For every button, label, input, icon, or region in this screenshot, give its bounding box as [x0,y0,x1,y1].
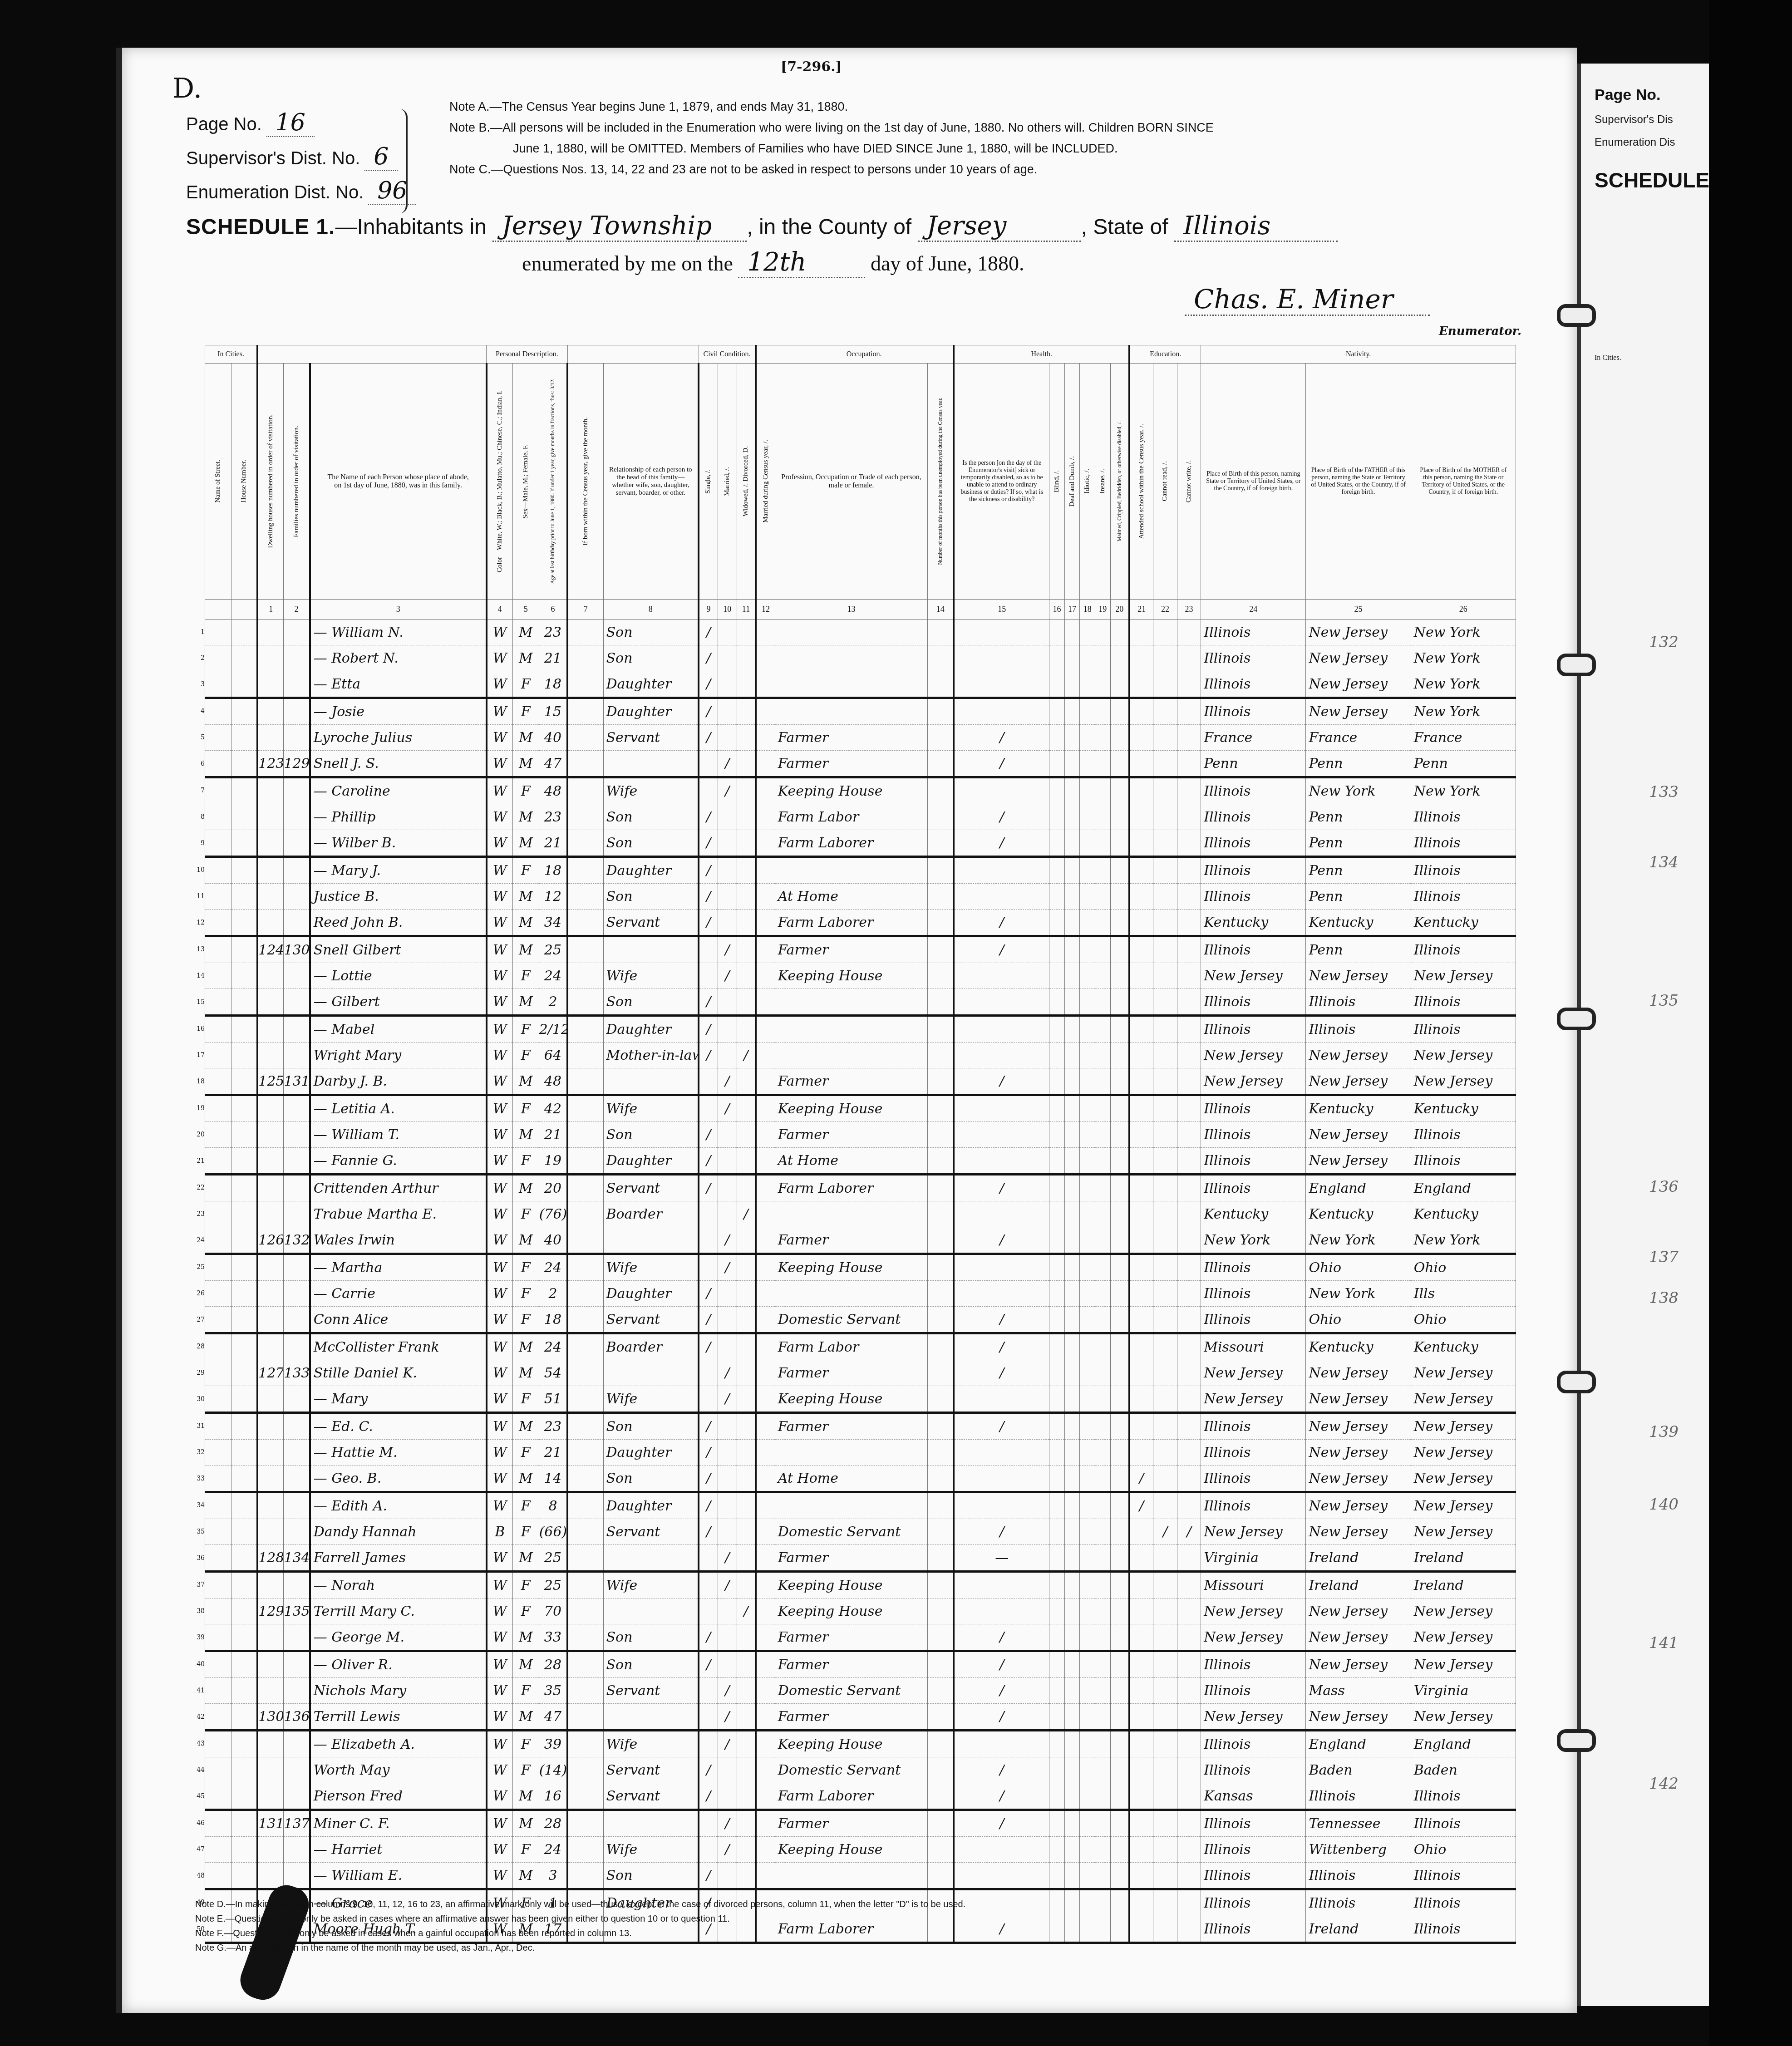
dwelling-number-cell [257,1254,284,1281]
widowed-mark-cell [737,1440,756,1466]
person-name-cell: Pierson Fred [310,1783,487,1810]
family-number-cell [284,777,310,804]
sex-cell: F [512,1598,539,1624]
idiotic-cell [1080,1783,1095,1810]
sex-cell: M [512,884,539,910]
group-nativity: Nativity. [1201,345,1516,364]
attended-school-cell [1129,936,1153,963]
supervisor-district-label: Supervisor's Dist. No. [186,148,360,168]
cannot-read-cell [1153,1572,1177,1598]
relationship-cell: Son [603,830,699,857]
cannot-read-cell [1153,1757,1177,1783]
born-month-cell [567,1227,603,1254]
dwelling-number-cell [257,1757,284,1783]
family-number-cell [284,1175,310,1201]
facing-enumeration-label: Enumeration Dis [1595,136,1675,149]
birthplace-cell: Illinois [1201,884,1306,910]
married-mark-cell: / [718,1572,737,1598]
married-census-year-cell [756,1148,775,1175]
facing-dwelling-number: 139 [1649,1423,1679,1441]
col-header-relationship: Relationship of each person to the head … [603,364,699,600]
maimed-cell [1110,751,1129,777]
color-cell: W [487,1624,513,1651]
dwelling-number-cell [257,1307,284,1333]
family-number-cell [284,1201,310,1227]
unemployed-months-cell [928,830,954,857]
married-mark-cell [718,804,737,830]
married-mark-cell: / [718,777,737,804]
attended-school-cell [1129,698,1153,725]
color-cell: W [487,1731,513,1757]
sex-cell: F [512,1572,539,1598]
mother-birthplace-cell: Ohio [1411,1837,1516,1863]
street-cell [205,989,231,1016]
birthplace-cell: Illinois [1201,698,1306,725]
color-cell: W [487,1254,513,1281]
married-census-year-cell [756,963,775,989]
house-number-cell [231,1572,257,1598]
born-month-cell [567,1333,603,1360]
col-header-idiotic: Idiotic, /. [1080,364,1095,600]
dwelling-number-cell [257,963,284,989]
widowed-mark-cell: / [737,1201,756,1227]
relationship-cell: Son [603,1466,699,1492]
col-header-age: Age at last birthday prior to June 1, 18… [539,364,567,600]
family-number-cell [284,1307,310,1333]
street-cell [205,1333,231,1360]
occupation-cell: Farmer [775,1810,927,1837]
unemployed-months-cell [928,910,954,936]
idiotic-cell [1080,1095,1095,1122]
cannot-write-cell [1177,725,1201,751]
single-mark-cell: / [699,1757,718,1783]
age-cell: 40 [539,1227,567,1254]
table-row: 3— EttaWF18Daughter/IllinoisNew JerseyNe… [191,671,1516,698]
unemployed-months-cell [928,1307,954,1333]
deaf-dumb-cell [1064,671,1080,698]
brace-divider [399,109,408,213]
attended-school-cell [1129,1863,1153,1889]
blind-cell [1049,1440,1065,1466]
father-birthplace-cell: Ireland [1306,1545,1411,1572]
idiotic-cell [1080,1360,1095,1386]
attended-school-cell [1129,620,1153,645]
row-line-number: 4 [191,698,205,725]
birthplace-cell: Illinois [1201,1492,1306,1519]
sickness-cell: / [954,1360,1049,1386]
occupation-cell: Domestic Servant [775,1519,927,1545]
widowed-mark-cell [737,963,756,989]
dwelling-number-cell: 128 [257,1545,284,1572]
cannot-read-cell [1153,1440,1177,1466]
age-cell: 24 [539,1837,567,1863]
street-cell [205,1704,231,1731]
sex-cell: M [512,1783,539,1810]
widowed-mark-cell [737,1837,756,1863]
attended-school-cell [1129,1572,1153,1598]
unemployed-months-cell [928,1254,954,1281]
widowed-mark-cell [737,1519,756,1545]
supervisor-district-field: Supervisor's Dist. No.6 [186,143,398,170]
mother-birthplace-cell: New Jersey [1411,963,1516,989]
deaf-dumb-cell [1064,1704,1080,1731]
insane-cell [1095,1016,1110,1043]
father-birthplace-cell: New Jersey [1306,698,1411,725]
dwelling-number-cell [257,1043,284,1068]
father-birthplace-cell: New Jersey [1306,1360,1411,1386]
born-month-cell [567,1624,603,1651]
insane-cell [1095,1307,1110,1333]
family-number-cell: 131 [284,1068,310,1095]
father-birthplace-cell: Illinois [1306,1016,1411,1043]
age-cell: 70 [539,1598,567,1624]
idiotic-cell [1080,884,1095,910]
idiotic-cell [1080,989,1095,1016]
deaf-dumb-cell [1064,1175,1080,1201]
house-number-cell [231,1175,257,1201]
county-field: Jersey [918,211,1081,242]
street-cell [205,830,231,857]
house-number-cell [231,777,257,804]
married-mark-cell [718,830,737,857]
occupation-cell: Keeping House [775,1731,927,1757]
idiotic-cell [1080,1863,1095,1889]
maimed-cell [1110,1916,1129,1943]
mother-birthplace-cell: England [1411,1731,1516,1757]
sickness-cell: / [954,910,1049,936]
mother-birthplace-cell: Ills [1411,1281,1516,1307]
married-census-year-cell [756,1624,775,1651]
cannot-read-cell [1153,1651,1177,1678]
dwelling-number-cell [257,1095,284,1122]
married-mark-cell [718,884,737,910]
facing-dwelling-number: 132 [1649,633,1679,651]
blind-cell [1049,989,1065,1016]
street-cell [205,1572,231,1598]
dwelling-number-cell [257,1783,284,1810]
person-name-cell: Snell J. S. [310,751,487,777]
col-header-house-number: House Number. [231,364,257,600]
blind-cell [1049,1413,1065,1440]
widowed-mark-cell: / [737,1043,756,1068]
cannot-read-cell [1153,1889,1177,1916]
birthplace-cell: Illinois [1201,857,1306,884]
dwelling-number-cell [257,1492,284,1519]
color-cell: W [487,1810,513,1837]
blind-cell [1049,751,1065,777]
age-cell: 25 [539,1545,567,1572]
row-line-number: 26 [191,1281,205,1307]
deaf-dumb-cell [1064,1227,1080,1254]
family-number-cell [284,1783,310,1810]
married-census-year-cell [756,910,775,936]
sex-cell: M [512,1545,539,1572]
attended-school-cell [1129,1122,1153,1148]
deaf-dumb-cell [1064,1492,1080,1519]
cannot-write-cell [1177,777,1201,804]
person-name-cell: Wales Irwin [310,1227,487,1254]
row-line-number: 31 [191,1413,205,1440]
occupation-cell: Farm Laborer [775,1783,927,1810]
table-row: 38129135Terrill Mary C.WF70/Keeping Hous… [191,1598,1516,1624]
page-number-field: Page No.16 [186,109,315,136]
cannot-read-cell [1153,1122,1177,1148]
mother-birthplace-cell: England [1411,1175,1516,1201]
facing-page-no-label: Page No. [1595,86,1660,104]
married-census-year-cell [756,936,775,963]
cannot-write-cell [1177,804,1201,830]
color-cell: W [487,1068,513,1095]
blind-cell [1049,1068,1065,1095]
mother-birthplace-cell: Virginia [1411,1678,1516,1704]
married-census-year-cell [756,1413,775,1440]
age-cell: 2/12 [539,1016,567,1043]
age-cell: 23 [539,1413,567,1440]
insane-cell [1095,1360,1110,1386]
col-header-color: Color—White, W.; Black, B.; Mulatto, Mu.… [487,364,513,600]
cannot-read-cell [1153,963,1177,989]
mother-birthplace-cell: Ohio [1411,1307,1516,1333]
cannot-write-cell [1177,1175,1201,1201]
sex-cell: F [512,1386,539,1413]
birthplace-cell: Illinois [1201,989,1306,1016]
age-cell: 24 [539,963,567,989]
sex-cell: F [512,1731,539,1757]
blind-cell [1049,1466,1065,1492]
sickness-cell [954,963,1049,989]
cannot-write-cell [1177,1333,1201,1360]
person-name-cell: — Harriet [310,1837,487,1863]
sickness-cell [954,777,1049,804]
occupation-cell: Farmer [775,725,927,751]
blind-cell [1049,963,1065,989]
maimed-cell [1110,910,1129,936]
occupation-cell [775,698,927,725]
single-mark-cell: / [699,1043,718,1068]
sickness-cell: / [954,1704,1049,1731]
street-cell [205,857,231,884]
age-cell: 14 [539,1466,567,1492]
sex-cell: M [512,804,539,830]
deaf-dumb-cell [1064,857,1080,884]
single-mark-cell [699,1254,718,1281]
house-number-cell [231,910,257,936]
attended-school-cell [1129,645,1153,671]
row-line-number: 8 [191,804,205,830]
col-header-maimed: Maimed, Crippled, Bedridden, or otherwis… [1110,364,1129,600]
family-number-cell [284,1016,310,1043]
person-name-cell: — Mary [310,1386,487,1413]
person-name-cell: — William E. [310,1863,487,1889]
idiotic-cell [1080,910,1095,936]
insane-cell [1095,1440,1110,1466]
deaf-dumb-cell [1064,1333,1080,1360]
sex-cell: M [512,645,539,671]
family-number-cell: 135 [284,1598,310,1624]
widowed-mark-cell [737,1624,756,1651]
dwelling-number-cell: 125 [257,1068,284,1095]
occupation-cell: Farm Labor [775,804,927,830]
occupation-cell: Farm Laborer [775,1175,927,1201]
born-month-cell [567,1068,603,1095]
house-number-cell [231,1413,257,1440]
color-cell: W [487,1466,513,1492]
married-census-year-cell [756,1492,775,1519]
deaf-dumb-cell [1064,1466,1080,1492]
married-mark-cell [718,1148,737,1175]
row-line-number: 45 [191,1783,205,1810]
blind-cell [1049,936,1065,963]
father-birthplace-cell: Illinois [1306,989,1411,1016]
relationship-cell: Son [603,620,699,645]
idiotic-cell [1080,963,1095,989]
table-row: 30— MaryWF51Wife/Keeping HouseNew Jersey… [191,1386,1516,1413]
relationship-cell: Servant [603,1519,699,1545]
sex-cell: M [512,1227,539,1254]
relationship-cell [603,1545,699,1572]
family-number-cell [284,698,310,725]
widowed-mark-cell [737,1068,756,1095]
row-line-number: 14 [191,963,205,989]
family-number-cell [284,1519,310,1545]
insane-cell [1095,1863,1110,1889]
blind-cell [1049,1122,1065,1148]
single-mark-cell: / [699,1307,718,1333]
house-number-cell [231,1043,257,1068]
age-cell: 34 [539,910,567,936]
age-cell: 25 [539,936,567,963]
idiotic-cell [1080,671,1095,698]
married-mark-cell: / [718,1704,737,1731]
mother-birthplace-cell: Illinois [1411,989,1516,1016]
sex-cell: F [512,1440,539,1466]
house-number-cell [231,1678,257,1704]
deaf-dumb-cell [1064,936,1080,963]
married-census-year-cell [756,1678,775,1704]
widowed-mark-cell [737,1360,756,1386]
single-mark-cell [699,1837,718,1863]
insane-cell [1095,1572,1110,1598]
house-number-cell [231,751,257,777]
father-birthplace-cell: New Jersey [1306,1651,1411,1678]
street-cell [205,1175,231,1201]
insane-cell [1095,1201,1110,1227]
state-label: , State of [1081,215,1168,239]
color-cell: W [487,1095,513,1122]
cannot-write-cell [1177,1360,1201,1386]
widowed-mark-cell [737,645,756,671]
birthplace-cell: New York [1201,1227,1306,1254]
single-mark-cell: / [699,645,718,671]
idiotic-cell [1080,698,1095,725]
row-line-number: 28 [191,1333,205,1360]
age-cell: 2 [539,989,567,1016]
row-line-number: 42 [191,1704,205,1731]
family-number-cell [284,725,310,751]
table-row: 13124130Snell GilbertWM25/Farmer/Illinoi… [191,936,1516,963]
married-census-year-cell [756,857,775,884]
born-month-cell [567,1413,603,1440]
blind-cell [1049,1704,1065,1731]
born-month-cell [567,1572,603,1598]
blind-cell [1049,620,1065,645]
married-mark-cell [718,1757,737,1783]
group-occupation: Occupation. [775,345,954,364]
maimed-cell [1110,1307,1129,1333]
idiotic-cell [1080,1519,1095,1545]
sex-cell: F [512,1307,539,1333]
house-number-cell [231,1466,257,1492]
row-line-number: 7 [191,777,205,804]
attended-school-cell [1129,1889,1153,1916]
person-name-cell: Reed John B. [310,910,487,936]
birthplace-cell: New Jersey [1201,1598,1306,1624]
unemployed-months-cell [928,1095,954,1122]
born-month-cell [567,1175,603,1201]
single-mark-cell: / [699,1175,718,1201]
single-mark-cell [699,1598,718,1624]
birthplace-cell: Illinois [1201,1016,1306,1043]
unemployed-months-cell [928,857,954,884]
single-mark-cell: / [699,910,718,936]
mother-birthplace-cell: Baden [1411,1757,1516,1783]
maimed-cell [1110,1678,1129,1704]
sickness-cell: / [954,751,1049,777]
cannot-read-cell [1153,1731,1177,1757]
sex-cell: F [512,1519,539,1545]
house-number-cell [231,1360,257,1386]
color-cell: W [487,1016,513,1043]
blind-cell [1049,804,1065,830]
idiotic-cell [1080,751,1095,777]
born-month-cell [567,1863,603,1889]
maimed-cell [1110,1651,1129,1678]
table-row: 37— NorahWF25Wife/Keeping HouseMissouriI… [191,1572,1516,1598]
occupation-cell: Domestic Servant [775,1757,927,1783]
born-month-cell [567,671,603,698]
sickness-cell [954,1466,1049,1492]
cannot-write-cell [1177,1916,1201,1943]
born-month-cell [567,698,603,725]
table-row: 2— Robert N.WM21Son/IllinoisNew JerseyNe… [191,645,1516,671]
color-cell: W [487,1333,513,1360]
single-mark-cell [699,1731,718,1757]
age-cell: 2 [539,1281,567,1307]
single-mark-cell: / [699,989,718,1016]
street-cell [205,645,231,671]
dwelling-number-cell: 127 [257,1360,284,1386]
unemployed-months-cell [928,1016,954,1043]
occupation-cell: Farmer [775,1704,927,1731]
person-name-cell: Trabue Martha E. [310,1201,487,1227]
mother-birthplace-cell: Illinois [1411,1016,1516,1043]
idiotic-cell [1080,1466,1095,1492]
house-number-cell [231,1254,257,1281]
widowed-mark-cell [737,804,756,830]
table-row: 48— William E.WM3Son/IllinoisIllinoisIll… [191,1863,1516,1889]
col-header-born-month: If born within the Census year, give the… [567,364,603,600]
widowed-mark-cell [737,1704,756,1731]
relationship-cell [603,1068,699,1095]
deaf-dumb-cell [1064,777,1080,804]
birthplace-cell: Illinois [1201,1810,1306,1837]
single-mark-cell: / [699,1624,718,1651]
deaf-dumb-cell [1064,1624,1080,1651]
street-cell [205,804,231,830]
age-cell: 16 [539,1783,567,1810]
birthplace-cell: New Jersey [1201,1043,1306,1068]
cannot-write-cell [1177,1227,1201,1254]
